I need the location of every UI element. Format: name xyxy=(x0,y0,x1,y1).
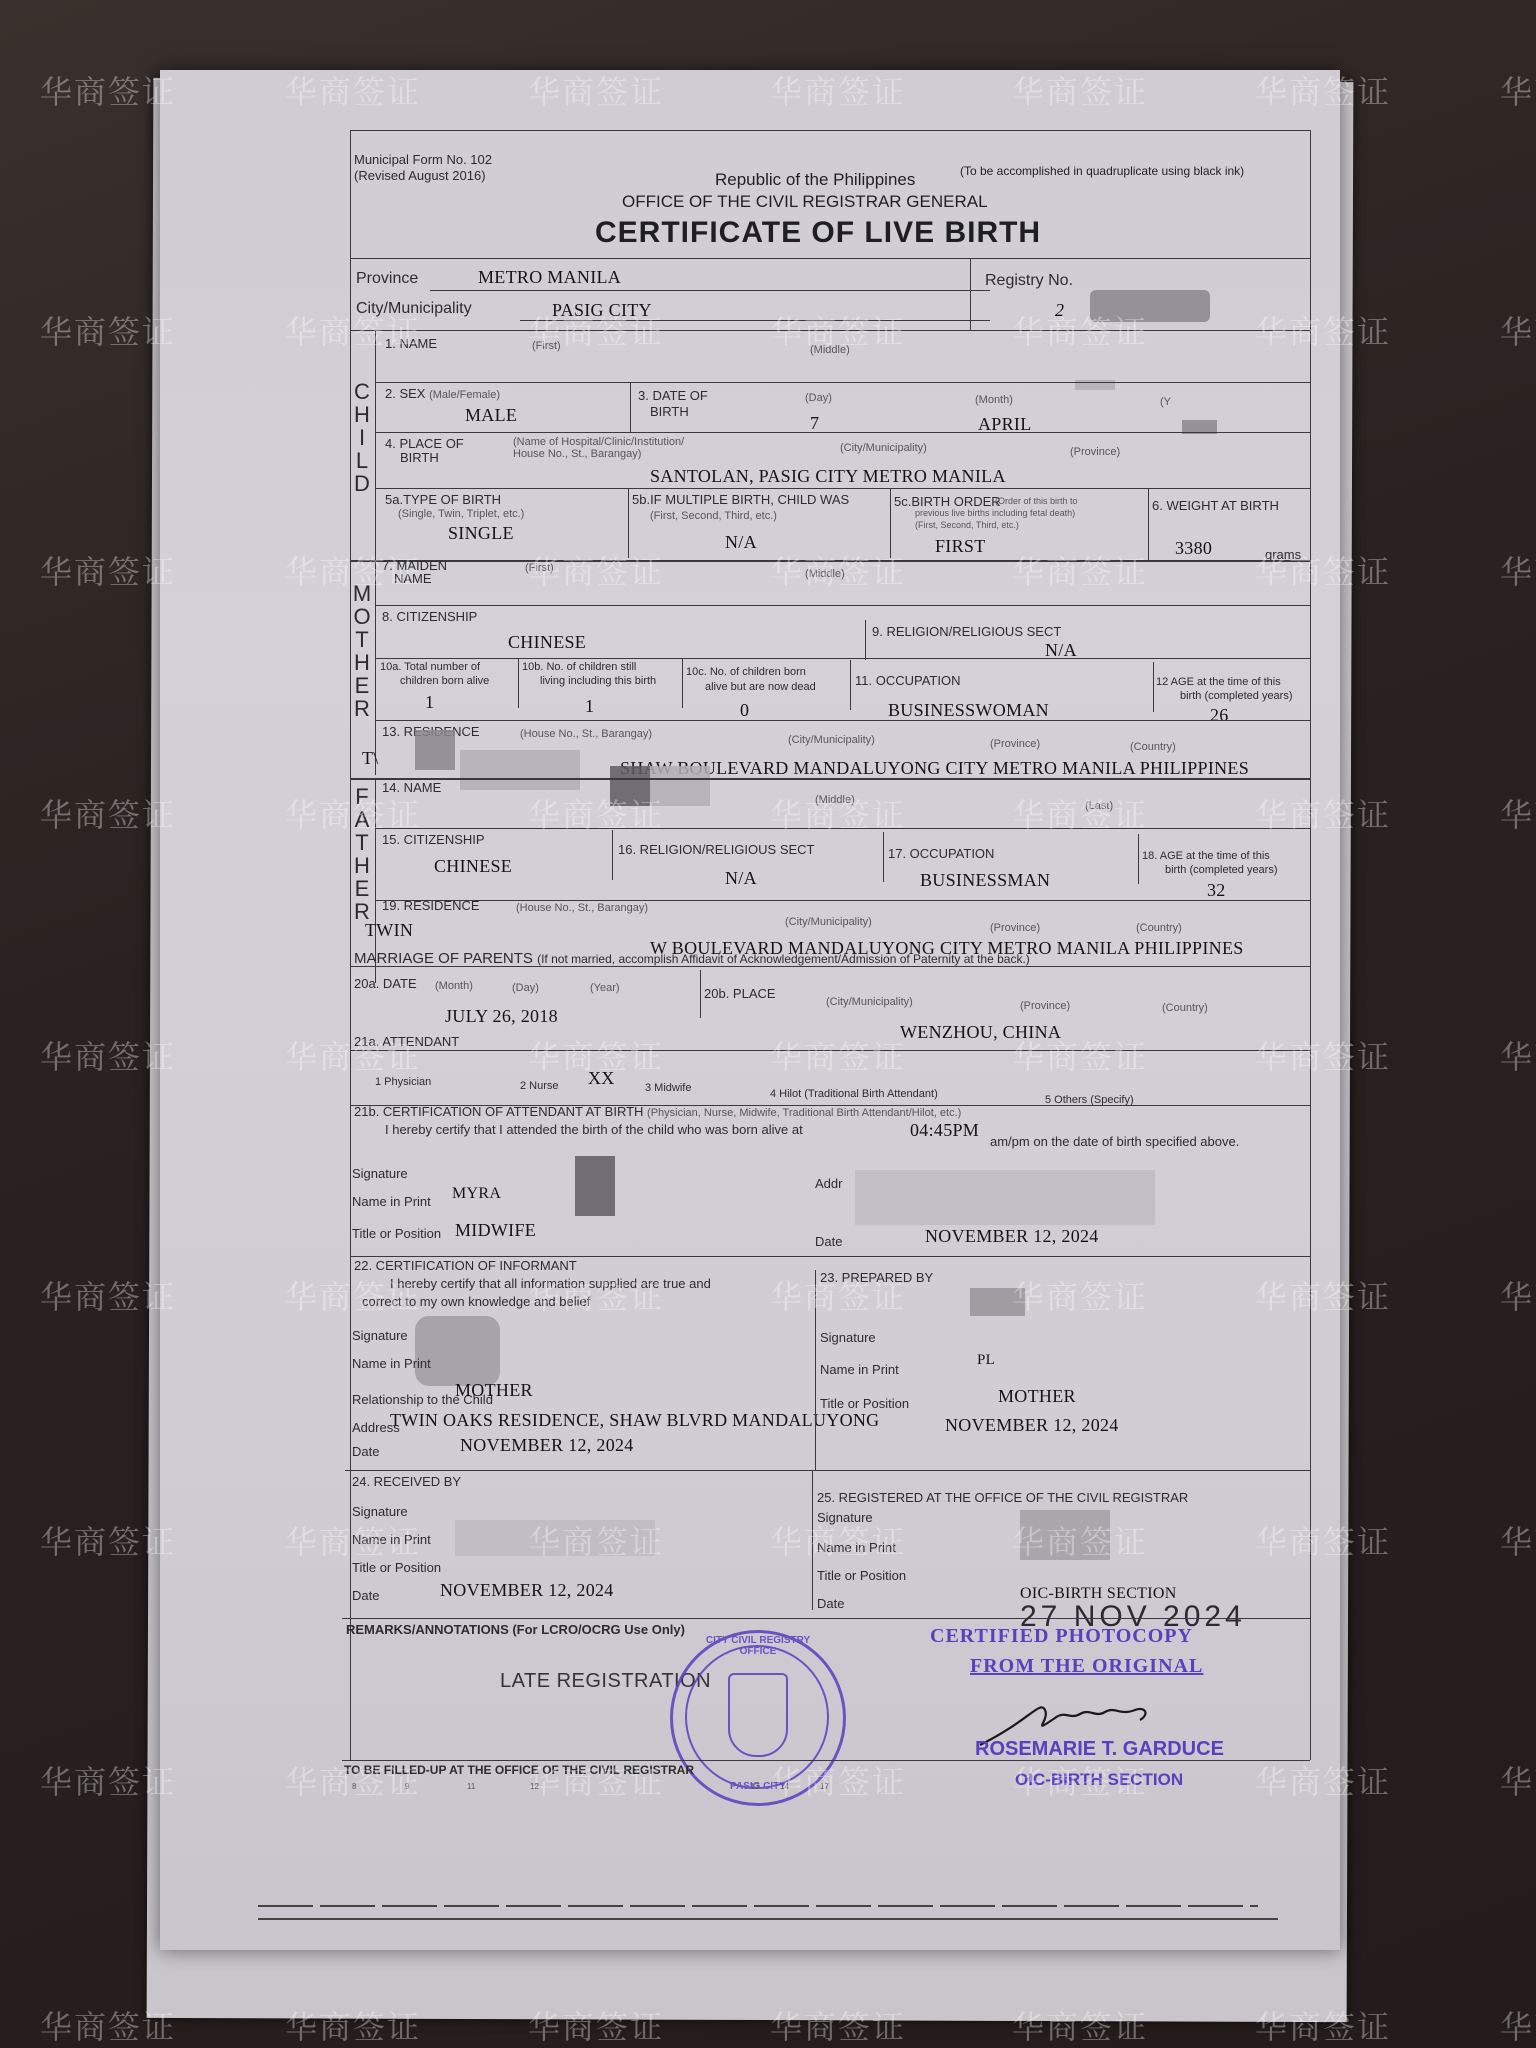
marriage-year-hint: (Year) xyxy=(590,982,620,994)
attendant-cert-hint: (Physician, Nurse, Midwife, Traditional … xyxy=(647,1107,961,1119)
multiple-birth-label: 5b.IF MULTIPLE BIRTH, CHILD WAS xyxy=(632,492,849,507)
informant-name-label: Name in Print xyxy=(352,1356,431,1371)
marriage-place-value: WENZHOU, CHINA xyxy=(900,1022,1061,1043)
mother-residence-hint-4: (Country) xyxy=(1130,741,1176,753)
marriage-country-hint: (Country) xyxy=(1162,1002,1208,1014)
weight-label: 6. WEIGHT AT BIRTH xyxy=(1152,498,1279,513)
watermark-text: 华商签证 xyxy=(1500,790,1536,836)
birth-order-hint-3: (First, Second, Third, etc.) xyxy=(915,520,1019,530)
birth-order-label: 5c.BIRTH ORDER xyxy=(894,494,1001,509)
father-residence-hint-1: (House No., St., Barangay) xyxy=(516,902,648,914)
divider xyxy=(375,605,1310,606)
lower-page-fill-line xyxy=(258,1905,1258,1907)
attendant-signature-label: Signature xyxy=(352,1166,408,1181)
republic-label: Republic of the Philippines xyxy=(715,170,915,190)
redacted-attendant-address xyxy=(855,1170,1155,1225)
father-middle-hint: (Middle) xyxy=(815,794,855,806)
children-alive-label-1: 10a. Total number of xyxy=(380,661,480,673)
mother-age-label-1: 12 AGE at the time of this xyxy=(1156,676,1281,688)
father-citizenship-value: CHINESE xyxy=(434,856,512,877)
lower-page-border xyxy=(258,1918,1278,1920)
dob-day: 7 xyxy=(810,413,819,434)
mother-side-label: MOTHER xyxy=(352,582,372,720)
prepared-by-name-label: Name in Print xyxy=(820,1362,899,1377)
divider xyxy=(350,560,1310,562)
watermark-text: 华商签证 xyxy=(1500,547,1536,593)
redacted-father-name xyxy=(610,766,650,806)
attendant-cert-label: 21b. CERTIFICATION OF ATTENDANT AT BIRTH… xyxy=(354,1104,961,1119)
attendant-cert-text-1: I hereby certify that I attended the bir… xyxy=(385,1122,803,1137)
watermark-text: 华商签证 xyxy=(1500,1272,1536,1318)
attendant-label: 21a. ATTENDANT xyxy=(354,1034,459,1049)
children-dead-value: 0 xyxy=(740,700,749,721)
marriage-note: (If not married, accomplish Affidavit of… xyxy=(537,952,1030,966)
divider xyxy=(682,658,683,708)
divider xyxy=(375,560,376,775)
mother-age-label-2: birth (completed years) xyxy=(1180,690,1293,702)
attendant-name-value: MYRA xyxy=(452,1185,501,1203)
footer-code: 17 xyxy=(820,1782,829,1791)
divider xyxy=(350,1256,1310,1257)
divider xyxy=(375,900,1310,901)
registered-name-label: Name in Print xyxy=(817,1540,896,1555)
footer-label: TO BE FILLED-UP AT THE OFFICE OF THE CIV… xyxy=(344,1763,694,1777)
footer-code: 11 xyxy=(467,1782,475,1791)
divider xyxy=(345,1470,1310,1471)
footer-code: 12 xyxy=(530,1782,539,1791)
watermark-text: 华商签证 xyxy=(1500,1517,1536,1563)
signatory-title: OIC-BIRTH SECTION xyxy=(1015,1770,1183,1790)
marriage-date-value: JULY 26, 2018 xyxy=(445,1006,558,1027)
mother-age-hint: (completed years) xyxy=(1204,690,1292,702)
watermark-text: 华商签证 xyxy=(1500,1757,1536,1803)
prepared-by-title-value: MOTHER xyxy=(998,1386,1076,1407)
city-label: City/Municipality xyxy=(356,300,472,318)
multiple-birth-hint: (First, Second, Third, etc.) xyxy=(650,510,777,522)
children-living-label-1: 10b. No. of children still xyxy=(522,661,636,673)
informant-relationship-value: MOTHER xyxy=(455,1380,533,1401)
border-top xyxy=(350,130,1310,131)
province-label: Province xyxy=(356,270,418,288)
remarks-label: REMARKS/ANNOTATIONS (For LCRO/OCRG Use O… xyxy=(346,1622,685,1637)
father-residence-start: TWIN xyxy=(365,920,413,941)
informant-signature-label: Signature xyxy=(352,1328,408,1343)
father-side-label: FATHER xyxy=(352,785,372,923)
birth-order-hint-1: (Order of this birth to xyxy=(995,496,1078,506)
divider xyxy=(518,658,519,708)
dob-label-2: BIRTH xyxy=(650,404,689,419)
marriage-city-hint: (City/Municipality) xyxy=(826,996,913,1008)
birth-order-value: FIRST xyxy=(935,536,986,557)
attendant-address-label: Addr xyxy=(815,1176,842,1191)
province-value: METRO MANILA xyxy=(478,267,621,288)
underline xyxy=(430,290,990,291)
attendant-mark: XX xyxy=(588,1068,615,1089)
footer-code: 9 xyxy=(405,1782,409,1791)
attendant-cert-label-text: 21b. CERTIFICATION OF ATTENDANT AT BIRTH xyxy=(354,1104,643,1119)
city-value: PASIG CITY xyxy=(552,300,652,321)
watermark-text: 华商签证 xyxy=(1500,2002,1536,2048)
mother-residence-start: T\ xyxy=(362,748,379,769)
children-dead-label-2: alive but are now dead xyxy=(705,681,816,693)
father-residence-label: 19. RESIDENCE xyxy=(382,898,480,913)
redacted-registry xyxy=(1090,290,1210,322)
certificate-title: CERTIFICATE OF LIVE BIRTH xyxy=(595,216,1041,250)
father-residence-hint-4: (Country) xyxy=(1136,922,1182,934)
sex-label-text: 2. SEX xyxy=(385,386,425,401)
mother-religion-label: 9. RELIGION/RELIGIOUS SECT xyxy=(872,624,1061,639)
form-number: Municipal Form No. 102 xyxy=(354,152,492,167)
divider xyxy=(630,382,631,432)
informant-text-2: correct to my own knowledge and belief xyxy=(362,1294,590,1309)
watermark-text: 华商签证 xyxy=(1500,67,1536,113)
attendant-title-value: MIDWIFE xyxy=(455,1220,536,1241)
prepared-by-label: 23. PREPARED BY xyxy=(820,1270,933,1285)
father-age-label-2-text: birth xyxy=(1165,864,1186,876)
father-last-hint: (Last) xyxy=(1085,800,1113,812)
footer-code: 8 xyxy=(352,1782,356,1791)
father-residence-hint-2: (City/Municipality) xyxy=(785,916,872,928)
divider xyxy=(342,1618,1310,1619)
redacted-attendant-signature xyxy=(575,1156,615,1216)
prepared-by-date-value: NOVEMBER 12, 2024 xyxy=(945,1415,1119,1436)
birth-time-value: 04:45PM xyxy=(910,1120,979,1141)
birth-order-hint-2: previous live births including fetal dea… xyxy=(915,508,1075,518)
divider xyxy=(375,488,1310,489)
pob-city-hint: (City/Municipality) xyxy=(840,442,927,454)
divider xyxy=(1153,662,1154,712)
received-by-title-label: Title or Position xyxy=(352,1560,441,1575)
maiden-middle-hint: (Middle) xyxy=(805,568,845,580)
year-hint: (Y xyxy=(1160,396,1171,408)
divider xyxy=(1148,488,1149,560)
marriage-date-label: 20a. DATE xyxy=(354,976,417,991)
watermark-text: 华商签证 xyxy=(1500,307,1536,353)
prepared-by-name-value: PL xyxy=(977,1352,995,1369)
father-name-label: 14. NAME xyxy=(382,780,441,795)
divider xyxy=(342,1760,1310,1761)
mother-residence-hint-1: (House No., St., Barangay) xyxy=(520,728,652,740)
mother-age-label-2-text: birth xyxy=(1180,690,1201,702)
redacted-registrar-signature xyxy=(1020,1510,1110,1560)
marriage-month-hint: (Month) xyxy=(435,980,473,992)
pob-label-1: 4. PLACE OF xyxy=(385,436,464,451)
prepared-by-title-label: Title or Position xyxy=(820,1396,909,1411)
divider xyxy=(375,720,1310,721)
birth-type-label: 5a.TYPE OF BIRTH xyxy=(385,492,501,507)
father-religion-label: 16. RELIGION/RELIGIOUS SECT xyxy=(618,842,815,857)
pob-hint-2: House No., St., Barangay) xyxy=(513,448,641,460)
civil-registry-seal: CITY CIVIL REGISTRY OFFICE PASIG CITY xyxy=(670,1630,846,1806)
informant-address-value: TWIN OAKS RESIDENCE, SHAW BLVRD MANDALUY… xyxy=(390,1410,879,1431)
marriage-heading-text: MARRIAGE OF PARENTS xyxy=(354,950,533,967)
form-revision: (Revised August 2016) xyxy=(354,168,486,183)
divider xyxy=(375,658,1310,659)
divider xyxy=(350,330,1310,331)
sex-hint: (Male/Female) xyxy=(429,389,500,401)
received-by-name-label: Name in Print xyxy=(352,1532,431,1547)
mother-age-value: 26 xyxy=(1210,705,1229,726)
divider xyxy=(850,660,851,710)
maiden-name-label-2: NAME xyxy=(394,571,432,586)
sex-value: MALE xyxy=(465,405,517,426)
birth-type-hint: (Single, Twin, Triplet, etc.) xyxy=(398,508,524,520)
divider xyxy=(375,382,1310,383)
day-hint: (Day) xyxy=(805,392,832,404)
attendant-option-nurse: 2 Nurse xyxy=(520,1080,559,1092)
sex-label: 2. SEX (Male/Female) xyxy=(385,386,500,401)
registered-title-label: Title or Position xyxy=(817,1568,906,1583)
registered-signature-label: Signature xyxy=(817,1510,873,1525)
divider xyxy=(890,488,891,558)
divider xyxy=(375,828,1310,829)
certified-photocopy-stamp: CERTIFIED PHOTOCOPY xyxy=(930,1625,1193,1648)
maiden-first-hint: (First) xyxy=(525,562,554,574)
father-age-hint: (completed years) xyxy=(1189,864,1277,876)
attendant-title-label: Title or Position xyxy=(352,1226,441,1241)
seal-shield-icon xyxy=(728,1673,788,1757)
received-by-date-label: Date xyxy=(352,1588,379,1603)
attendant-option-midwife: 3 Midwife xyxy=(645,1082,691,1094)
redacted-preparer-signature xyxy=(970,1288,1025,1316)
footer-code: 14 xyxy=(780,1782,789,1791)
place-of-birth-value: SANTOLAN, PASIG CITY METRO MANILA xyxy=(650,466,1006,487)
multiple-birth-value: N/A xyxy=(725,532,757,553)
pob-hint-1: (Name of Hospital/Clinic/Institution/ xyxy=(513,436,684,448)
father-religion-value: N/A xyxy=(725,868,757,889)
pob-label-2: BIRTH xyxy=(400,450,439,465)
dob-label-1: 3. DATE OF xyxy=(638,388,708,403)
divider xyxy=(628,488,629,558)
border-right xyxy=(1310,130,1311,1760)
received-by-label: 24. RECEIVED BY xyxy=(352,1474,461,1489)
father-age-label-1: 18. AGE at the time of this xyxy=(1142,850,1270,862)
watermark-text: 华商签证 xyxy=(1500,1032,1536,1078)
divider xyxy=(1138,834,1139,884)
signatory-name: ROSEMARIE T. GARDUCE xyxy=(975,1738,1224,1761)
divider xyxy=(350,258,1310,259)
attendant-cert-text-2: am/pm on the date of birth specified abo… xyxy=(990,1134,1239,1149)
redacted-residence xyxy=(415,730,455,770)
attendant-name-label: Name in Print xyxy=(352,1194,431,1209)
registered-label: 25. REGISTERED AT THE OFFICE OF THE CIVI… xyxy=(817,1490,1188,1505)
attendant-option-hilot: 4 Hilot (Traditional Birth Attendant) xyxy=(770,1088,938,1100)
mother-residence-value: SHAW BOULEVARD MANDALUYONG CITY METRO MA… xyxy=(620,758,1249,779)
children-alive-label-2: children born alive xyxy=(400,675,489,687)
father-residence-hint-3: (Province) xyxy=(990,922,1040,934)
pob-province-hint: (Province) xyxy=(1070,446,1120,458)
birth-type-value: SINGLE xyxy=(448,523,514,544)
father-age-value: 32 xyxy=(1207,880,1226,901)
registry-label: Registry No. xyxy=(985,272,1073,290)
redacted-receiver-name xyxy=(455,1520,655,1556)
divider xyxy=(700,970,701,1018)
children-alive-value: 1 xyxy=(425,692,434,713)
children-living-label-2: living including this birth xyxy=(540,675,656,687)
weight-value: 3380 xyxy=(1175,538,1212,559)
redacted-informant-signature xyxy=(415,1316,500,1386)
divider xyxy=(815,1270,816,1470)
from-original-stamp: FROM THE ORIGINAL xyxy=(970,1655,1203,1678)
marriage-day-hint: (Day) xyxy=(512,982,539,994)
informant-date-label: Date xyxy=(352,1444,379,1459)
instruction-note: (To be accomplished in quadruplicate usi… xyxy=(960,164,1244,178)
father-citizenship-label: 15. CITIZENSHIP xyxy=(382,832,485,847)
registered-date-label: Date xyxy=(817,1596,844,1611)
informant-label: 22. CERTIFICATION OF INFORMANT xyxy=(354,1258,577,1273)
received-by-signature-label: Signature xyxy=(352,1504,408,1519)
father-age-label-2: birth (completed years) xyxy=(1165,864,1278,876)
seal-text: CITY CIVIL REGISTRY OFFICE xyxy=(693,1635,823,1657)
mother-residence-hint-3: (Province) xyxy=(990,738,1040,750)
divider xyxy=(970,258,971,330)
children-dead-label-1: 10c. No. of children born xyxy=(686,666,806,678)
redacted-father-name xyxy=(650,766,710,806)
first-hint: (First) xyxy=(532,340,561,352)
certificate-form: Municipal Form No. 102 (Revised August 2… xyxy=(330,130,1330,1770)
informant-text-1: I hereby certify that all information su… xyxy=(390,1276,711,1291)
divider xyxy=(612,830,613,880)
month-hint: (Month) xyxy=(975,394,1013,406)
divider xyxy=(375,432,1310,433)
children-living-value: 1 xyxy=(585,696,594,717)
office-label: OFFICE OF THE CIVIL REGISTRAR GENERAL xyxy=(622,192,988,212)
divider xyxy=(812,1470,813,1610)
mother-occupation-value: BUSINESSWOMAN xyxy=(888,700,1049,721)
marriage-place-label: 20b. PLACE xyxy=(704,986,776,1001)
received-by-date-value: NOVEMBER 12, 2024 xyxy=(440,1580,614,1601)
prepared-by-signature-label: Signature xyxy=(820,1330,876,1345)
mother-citizenship-value: CHINESE xyxy=(508,632,586,653)
divider xyxy=(350,778,1310,780)
middle-hint: (Middle) xyxy=(810,344,850,356)
underline xyxy=(520,320,990,321)
child-name-label: 1. NAME xyxy=(385,336,437,351)
attendant-date-label: Date xyxy=(815,1234,842,1249)
border-left xyxy=(350,130,351,1760)
registry-value: 2 xyxy=(1055,300,1064,321)
marriage-province-hint: (Province) xyxy=(1020,1000,1070,1012)
divider xyxy=(865,620,866,660)
father-occupation-label: 17. OCCUPATION xyxy=(888,846,994,861)
footer-code: 13 xyxy=(750,1782,759,1791)
father-occupation-value: BUSINESSMAN xyxy=(920,870,1050,891)
mother-occupation-label: 11. OCCUPATION xyxy=(855,673,960,688)
mother-citizenship-label: 8. CITIZENSHIP xyxy=(382,609,477,624)
divider xyxy=(350,1050,1310,1051)
child-side-label: CHILD xyxy=(352,380,372,495)
attendant-option-physician: 1 Physician xyxy=(375,1076,431,1088)
attendant-date-value: NOVEMBER 12, 2024 xyxy=(925,1226,1099,1247)
redacted-residence xyxy=(460,750,580,790)
divider xyxy=(883,832,884,882)
informant-date-value: NOVEMBER 12, 2024 xyxy=(460,1435,634,1456)
mother-residence-hint-2: (City/Municipality) xyxy=(788,734,875,746)
marriage-heading: MARRIAGE OF PARENTS (If not married, acc… xyxy=(354,950,1030,967)
